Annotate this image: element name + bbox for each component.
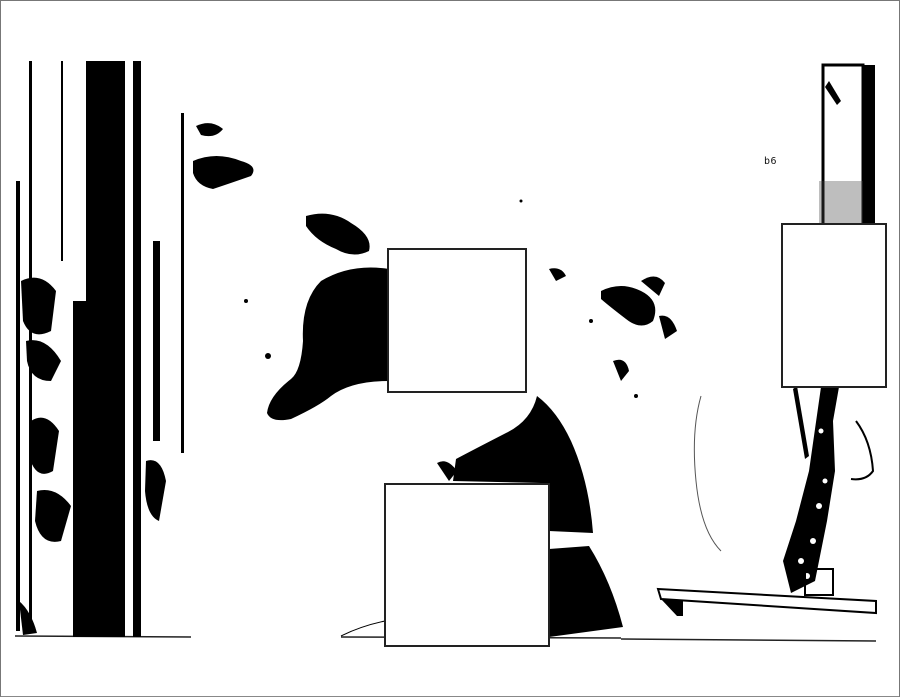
left-window-frame (16, 61, 184, 637)
redaction-box-face-center (387, 248, 527, 393)
document-page: b6 (0, 0, 900, 697)
right-window-frame (819, 65, 875, 225)
exemption-label: b6 (764, 156, 777, 167)
person-hair (267, 268, 389, 421)
redaction-box-face-right (781, 223, 887, 388)
right-person-tie (783, 387, 839, 593)
redaction-box-lower-center (384, 483, 550, 647)
desk-edge (658, 589, 876, 616)
